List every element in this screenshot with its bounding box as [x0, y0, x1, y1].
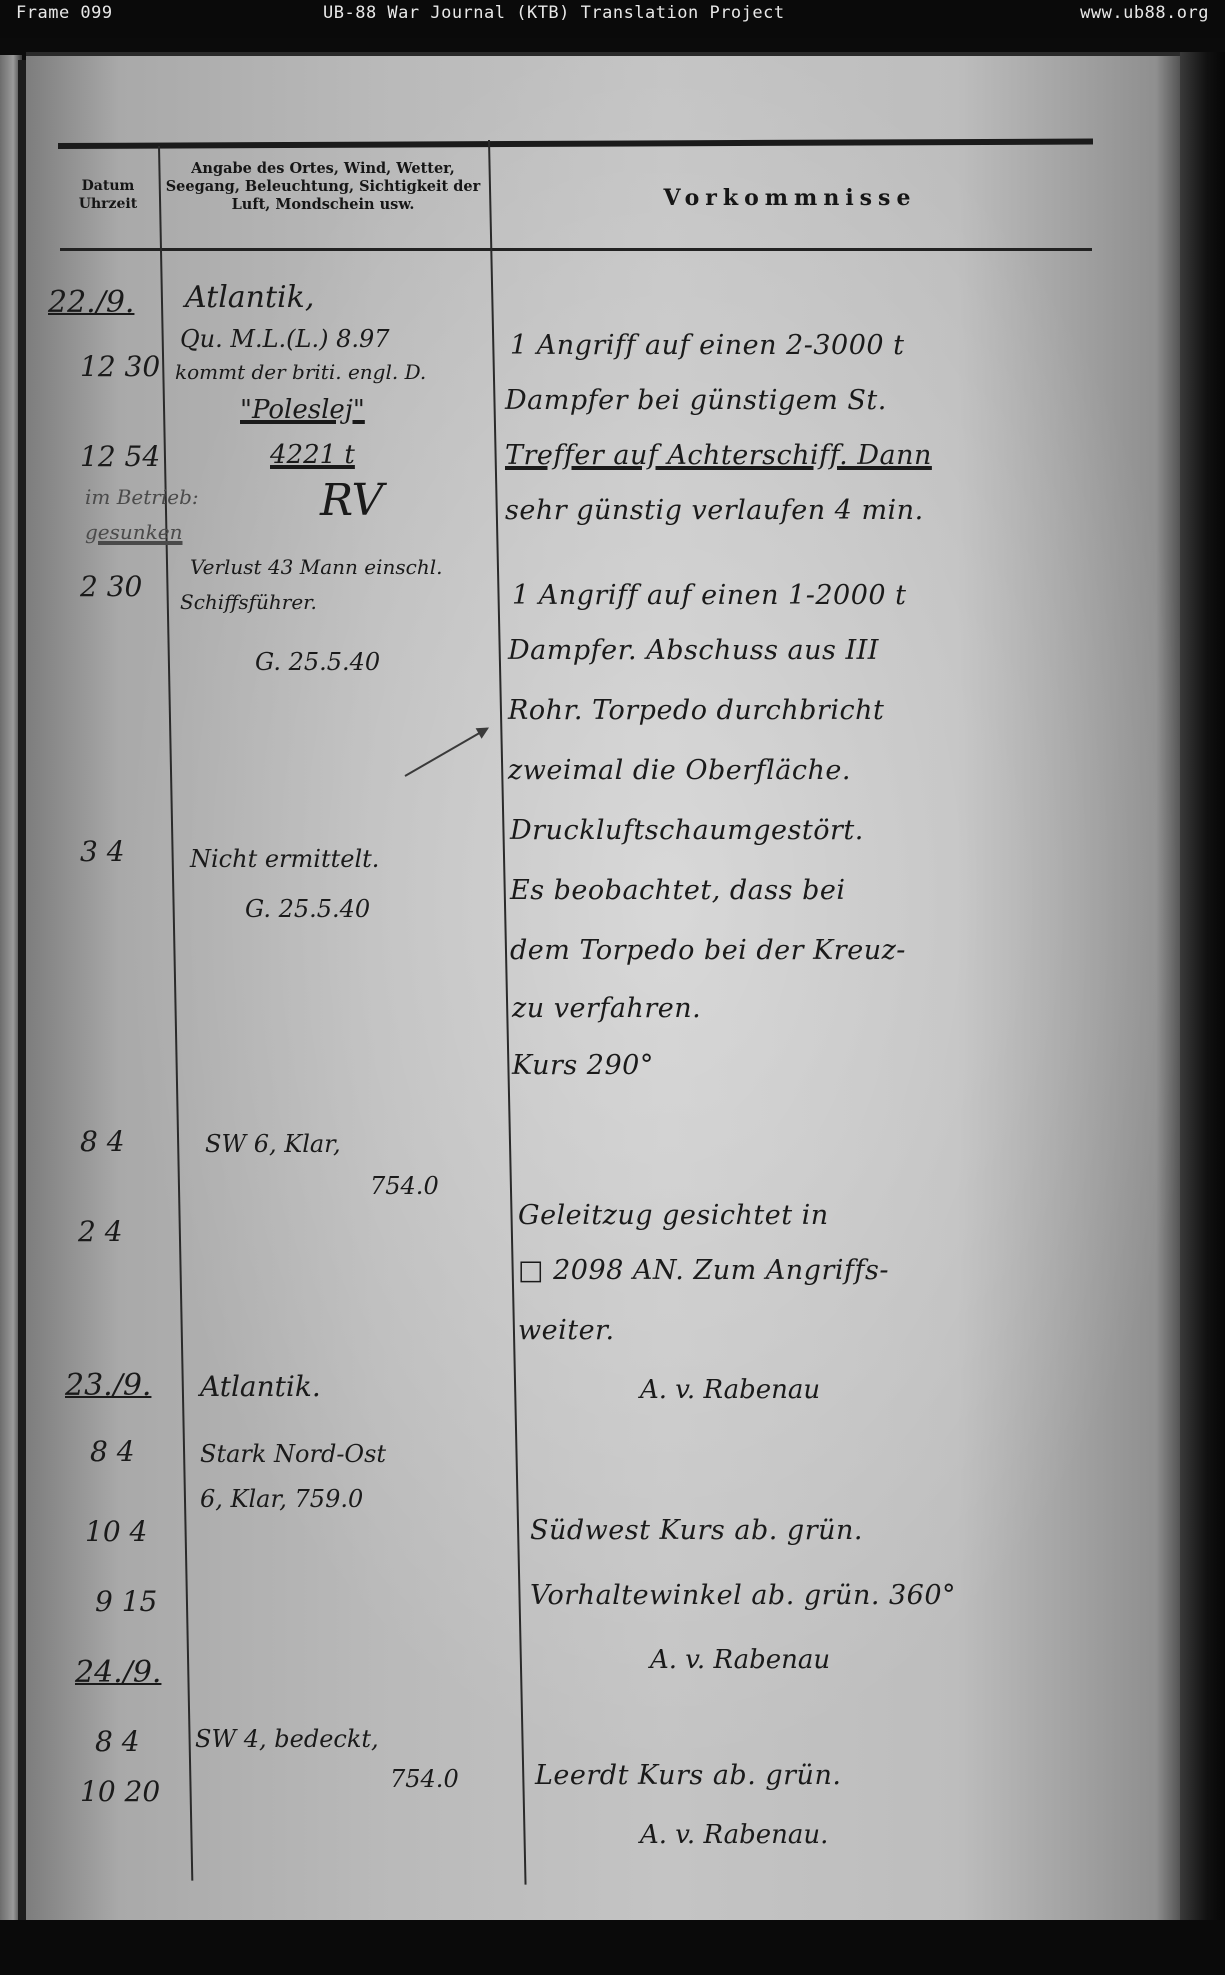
location-line: SW 6, Klar, — [205, 1130, 341, 1158]
entry-time: 8 4 — [80, 1125, 125, 1158]
location-line: Atlantik, — [185, 280, 314, 315]
entry-time: 2 30 — [80, 570, 142, 603]
location-line: Qu. M.L.(L.) 8.97 — [180, 325, 390, 353]
location-line: Nicht ermittelt. — [190, 845, 379, 873]
entry-time: 12 30 — [80, 350, 160, 383]
header-bottom-rule — [60, 248, 1092, 251]
entry-time: 2 4 — [78, 1215, 123, 1248]
event-line: Dampfer. Abschuss aus III — [508, 635, 879, 666]
entry-date: 24./9. — [75, 1655, 161, 1690]
event-line: Geleitzug gesichtet in — [518, 1200, 829, 1231]
event-line: □ 2098 AN. Zum Angriffs- — [518, 1255, 889, 1286]
event-line: zu verfahren. — [512, 993, 701, 1024]
location-line: SW 4, bedeckt, — [195, 1725, 379, 1753]
location-line: Stark Nord-Ost — [200, 1440, 386, 1468]
initial-signature: G. 25.5.40 — [255, 648, 380, 676]
event-line: Südwest Kurs ab. grün. — [530, 1515, 863, 1546]
location-line: 6, Klar, 759.0 — [200, 1485, 363, 1513]
entry-time: 10 4 — [85, 1515, 147, 1548]
entry-time: 8 4 — [90, 1435, 135, 1468]
location-note: Schiffsführer. — [180, 590, 317, 614]
location-line: 754.0 — [370, 1172, 439, 1200]
location-line: Atlantik. — [200, 1370, 321, 1403]
time-note: im Betrieb: — [85, 485, 199, 509]
book-spine — [18, 60, 26, 1920]
project-title: UB-88 War Journal (KTB) Translation Proj… — [323, 3, 785, 23]
location-note: Verlust 43 Mann einschl. — [190, 555, 442, 579]
entry-time: 10 20 — [80, 1775, 160, 1808]
event-line: sehr günstig verlaufen 4 min. — [505, 495, 924, 526]
page-right-shadow — [1180, 52, 1225, 1932]
commander-signature: A. v. Rabenau — [650, 1645, 830, 1675]
header-date-time: Datum Uhrzeit — [60, 178, 156, 213]
event-line: Kurs 290° — [512, 1050, 654, 1081]
event-line: Treffer auf Achterschiff. Dann — [505, 440, 932, 471]
initial-signature: G. 25.5.40 — [245, 895, 370, 923]
event-line: Leerdt Kurs ab. grün. — [535, 1760, 841, 1791]
event-line: Rohr. Torpedo durchbricht — [508, 695, 884, 726]
entry-date: 23./9. — [65, 1368, 151, 1403]
event-line: weiter. — [518, 1315, 615, 1346]
ship-tonnage: 4221 t — [270, 440, 355, 470]
entry-date: 22./9. — [48, 285, 134, 320]
page-bottom-shadow — [0, 1920, 1225, 1975]
header-events: Vorkommnisse — [620, 185, 960, 213]
website-link[interactable]: www.ub88.org — [1080, 3, 1209, 23]
entry-time: 9 15 — [95, 1585, 157, 1618]
location-line: 754.0 — [390, 1765, 459, 1793]
entry-time: 3 4 — [80, 835, 125, 868]
location-mark: RV — [320, 475, 383, 526]
event-line: Druckluftschaumgestört. — [510, 815, 864, 846]
event-line: Dampfer bei günstigem St. — [505, 385, 887, 416]
frame-banner: Frame 099 UB-88 War Journal (KTB) Transl… — [0, 0, 1225, 38]
event-line: Es beobachtet, dass bei — [510, 875, 845, 906]
event-line: Vorhaltewinkel ab. grün. 360° — [530, 1580, 956, 1611]
event-line: zweimal die Oberfläche. — [508, 755, 851, 786]
ship-name: "Poleslej" — [240, 395, 365, 425]
commander-signature: A. v. Rabenau — [640, 1375, 820, 1405]
time-note: gesunken — [85, 520, 183, 544]
event-line: dem Torpedo bei der Kreuz- — [510, 935, 906, 966]
event-line: 1 Angriff auf einen 1-2000 t — [512, 580, 907, 611]
entry-time: 8 4 — [95, 1725, 140, 1758]
entry-time: 12 54 — [80, 440, 160, 473]
event-line: 1 Angriff auf einen 2-3000 t — [510, 330, 905, 361]
header-location: Angabe des Ortes, Wind, Wetter, Seegang,… — [162, 160, 484, 214]
commander-signature: A. v. Rabenau. — [640, 1820, 828, 1850]
location-line: kommt der briti. engl. D. — [175, 360, 426, 384]
frame-number: Frame 099 — [16, 3, 113, 23]
